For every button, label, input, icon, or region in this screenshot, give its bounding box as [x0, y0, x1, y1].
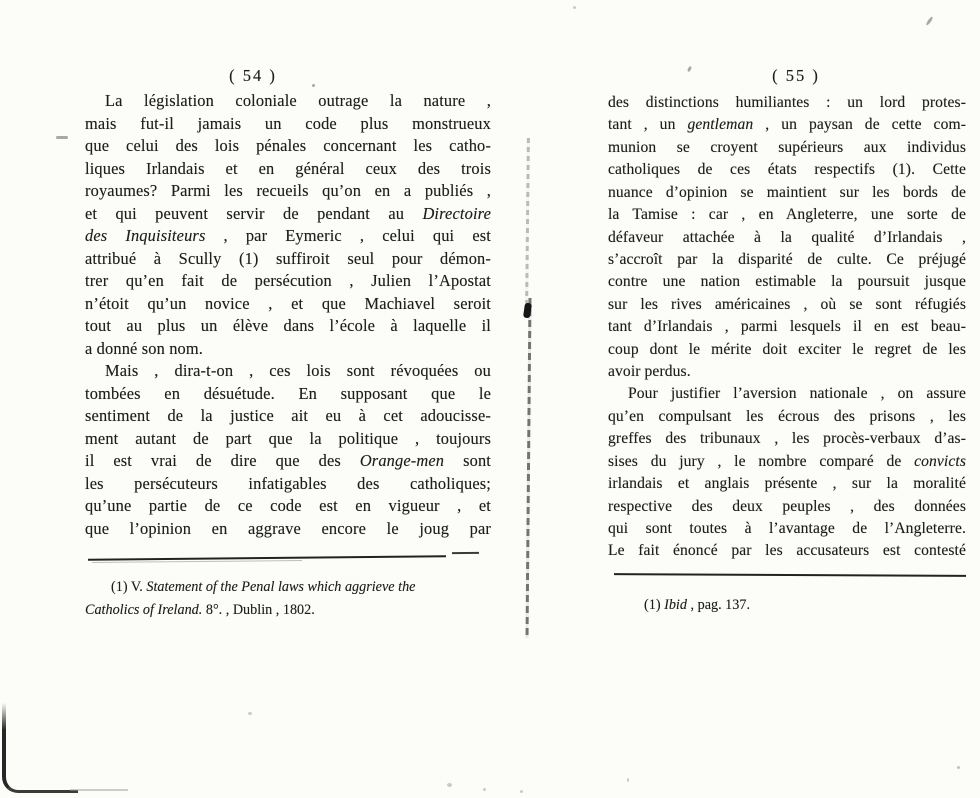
- text-line: qu’en compulsant les écrous des prisons …: [608, 406, 966, 428]
- scan-speck: [573, 6, 576, 9]
- text-line: La législation coloniale outrage la natu…: [85, 90, 491, 113]
- scan-speck: [248, 712, 252, 715]
- footnote-separator-left-echo: [92, 560, 302, 563]
- text-line: sises du jury , le nombre comparé de con…: [608, 451, 966, 473]
- text-line: greffes des tribunaux , les procès-verba…: [608, 428, 966, 450]
- text-line: contre une nation estimable la poursuit …: [608, 271, 966, 293]
- text-line: des distinctions humiliantes : un lord p…: [608, 92, 966, 114]
- scan-speck: [627, 778, 629, 782]
- scan-speck: [312, 84, 315, 87]
- footnote-separator-right: [614, 573, 966, 577]
- text-line: Mais , dira-t-on , ces lois sont révoqué…: [85, 360, 491, 383]
- text-line: liques Irlandais et en général ceux des …: [85, 158, 491, 181]
- scan-corner-tail: [70, 789, 128, 791]
- scan-speck: [483, 788, 486, 791]
- text-line: tombées en désuétude. En supposant que l…: [85, 383, 491, 406]
- page-number-right: ( 55 ): [741, 66, 851, 86]
- page-55-text: des distinctions humiliantes : un lord p…: [608, 92, 966, 563]
- text-line: qu’une partie de ce code est en vigueur …: [85, 495, 491, 518]
- gutter-crease-dark: [526, 298, 532, 638]
- text-line: ment autant de part que la politique , t…: [85, 428, 491, 451]
- text-line: Le fait énoncé par les accusateurs est c…: [608, 540, 966, 562]
- text-line: les persécuteurs infatigables des cathol…: [85, 473, 491, 496]
- footnote-line: (1) Ibid , pag. 137.: [618, 594, 958, 617]
- text-line: tout au plus un élève dans l’école à laq…: [85, 315, 491, 338]
- text-line: qui sont toutes à l’avantage de l’Anglet…: [608, 518, 966, 540]
- footnote-line: (1) V. Statement of the Penal laws which…: [85, 576, 499, 599]
- page-54-text: La législation coloniale outrage la natu…: [85, 90, 491, 540]
- text-line: mais fut-il jamais un code plus monstrue…: [85, 113, 491, 136]
- text-line: attribué à Scully (1) suffiroit seul pou…: [85, 248, 491, 271]
- text-line: catholiques de ces états respectifs (1).…: [608, 159, 966, 181]
- text-line: n’étoit qu’un novice , et que Machiavel …: [85, 293, 491, 316]
- scan-speck: [447, 783, 452, 787]
- text-line: il est vrai de dire que des Orange-men s…: [85, 450, 491, 473]
- text-line: munion se croyent supérieurs aux individ…: [608, 137, 966, 159]
- text-line: nuance d’opinion se maintient sur les bo…: [608, 182, 966, 204]
- text-line: la Tamise : car , en Angleterre, une sor…: [608, 204, 966, 226]
- scan-speck: [957, 766, 960, 769]
- text-line: a donné son nom.: [85, 338, 491, 361]
- text-line: avoir perdus.: [608, 361, 966, 383]
- text-line: tant d’Irlandais , parmi lesquels il en …: [608, 316, 966, 338]
- footnote-line: Catholics of Ireland. 8°. , Dublin , 180…: [85, 599, 499, 622]
- scan-speck: [687, 66, 692, 73]
- text-line: s’accroît par la disparité de culte. Ce …: [608, 249, 966, 271]
- footnote-left: (1) V. Statement of the Penal laws which…: [85, 576, 499, 621]
- text-line: défaveur attachée à la qualité d’Irlanda…: [608, 227, 966, 249]
- text-line: et qui peuvent servir de pendant au Dire…: [85, 203, 491, 226]
- scan-speck: [925, 16, 933, 26]
- scan-speck: [56, 136, 68, 139]
- footnote-right: (1) Ibid , pag. 137.: [618, 594, 958, 617]
- footnote-separator-left-dash: [452, 552, 479, 554]
- text-line: royaumes? Parmi les recueils qu’on en a …: [85, 180, 491, 203]
- text-line: coup dont le mérite doit exciter le regr…: [608, 339, 966, 361]
- scan-speck: [520, 790, 523, 793]
- scan-corner-fade: [0, 696, 14, 730]
- text-line: trer qu’en fait de persécution , Julien …: [85, 270, 491, 293]
- text-line: irlandais et anglais présente , sur la m…: [608, 473, 966, 495]
- text-line: sentiment de la justice ait eu à cet ado…: [85, 405, 491, 428]
- book-scan: ( 54 ) ( 55 ) La législation coloniale o…: [0, 0, 980, 798]
- text-line: respective des deux peuples , des donnée…: [608, 496, 966, 518]
- text-line: Pour justifier l’aversion nationale , on…: [608, 383, 966, 405]
- text-line: des Inquisiteurs , par Eymeric , celui q…: [85, 225, 491, 248]
- page-number-left: ( 54 ): [198, 66, 308, 86]
- text-line: que l’opinion en aggrave encore le joug …: [85, 518, 491, 541]
- gutter-crease: [525, 138, 530, 310]
- text-line: sur les rives américaines , où se sont r…: [608, 294, 966, 316]
- text-line: tant , un gentleman , un paysan de cette…: [608, 114, 966, 136]
- text-line: que celui des lois pénales concernant le…: [85, 135, 491, 158]
